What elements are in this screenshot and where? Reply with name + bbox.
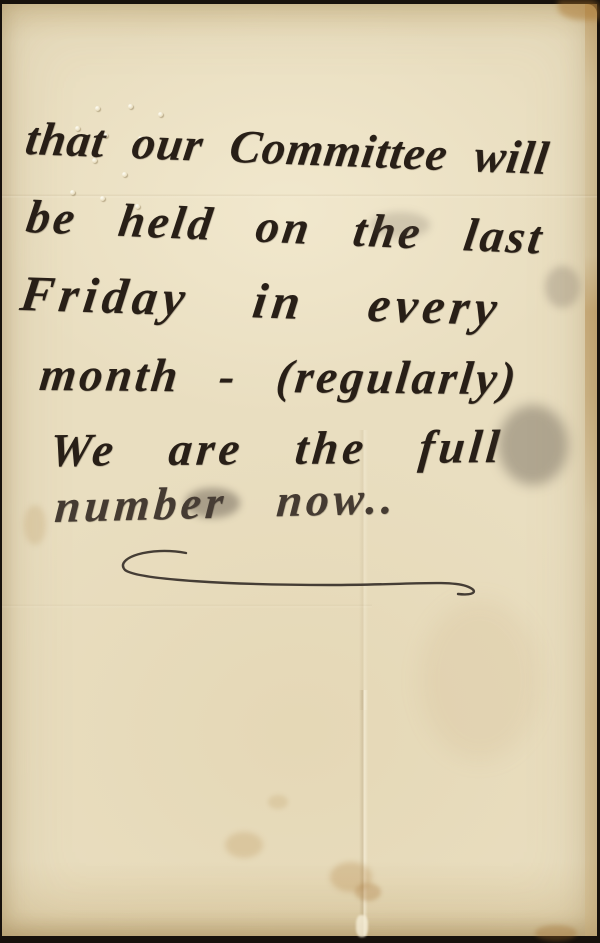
- handwritten-line-4: month - (regularly): [37, 348, 522, 406]
- ink-smudge: [545, 266, 580, 308]
- paper-stain: [420, 600, 540, 760]
- fold-crease-horizontal: [2, 604, 372, 608]
- paper-stain: [535, 925, 577, 941]
- paper-stain: [225, 832, 263, 858]
- pinprick-mark: [128, 104, 133, 109]
- ink-smudge: [185, 488, 240, 518]
- ink-smudge: [498, 405, 568, 485]
- paper-deckle-edge: [585, 4, 597, 936]
- paper-stain: [24, 505, 46, 545]
- pinprick-mark: [122, 172, 127, 177]
- paper-stain: [355, 883, 381, 901]
- scanned-letter-page: that our Committee will be held on the l…: [0, 0, 600, 943]
- fold-ridge-bottom: [356, 915, 368, 937]
- paper-stain: [268, 795, 288, 809]
- handwritten-line-5: We are the full: [47, 420, 505, 478]
- pinprick-mark: [95, 106, 100, 111]
- ink-smudge: [370, 212, 430, 238]
